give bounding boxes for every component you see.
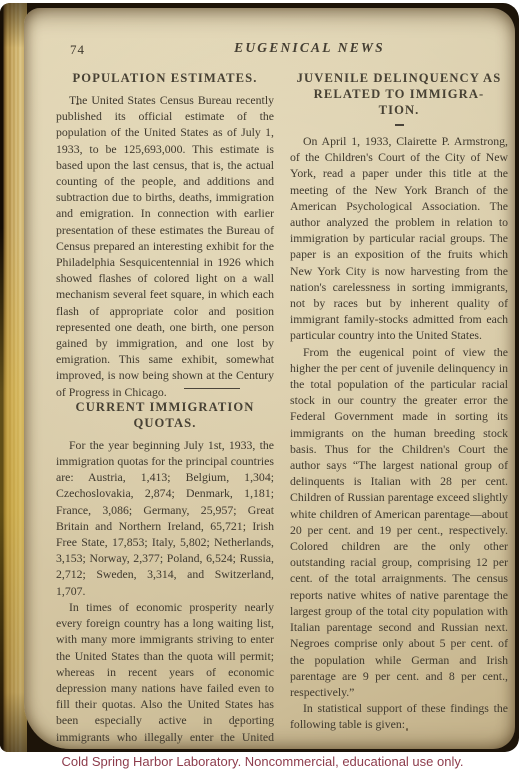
section-divider-dash [395, 124, 404, 126]
article-title-population-estimates: POPULATION ESTIMATES. [56, 70, 274, 86]
right-column: JUVENILE DELINQUENCY AS RELATED TO IMMIG… [290, 70, 508, 749]
page-content: 74 EUGENICAL NEWS POPULATION ESTIMATES. … [24, 8, 515, 749]
delinquency-paragraph-1: On April 1, 1933, Clairette P. Armstrong… [290, 133, 508, 344]
article-title-current-immigration-quotas: CURRENT IMMIGRATION QUOTAS. [56, 399, 274, 431]
quotas-paragraph-2: In times of economic prosperity nearly e… [56, 599, 274, 749]
journal-title: EUGENICAL NEWS [104, 40, 515, 56]
delinquency-paragraph-3: In statistical support of these findings… [290, 700, 508, 732]
running-head: 74 EUGENICAL NEWS [24, 40, 515, 60]
stacked-page-edges [0, 3, 27, 752]
page-number: 74 [70, 42, 85, 58]
archive-caption: Cold Spring Harbor Laboratory. Noncommer… [62, 754, 464, 769]
delinquency-paragraph-2: From the eugenical point of view the hig… [290, 344, 508, 700]
section-divider-rule [184, 388, 240, 389]
two-column-layout: POPULATION ESTIMATES. The United States … [24, 60, 515, 749]
left-column: POPULATION ESTIMATES. The United States … [56, 70, 274, 749]
quotas-paragraph-1: For the year beginning July 1st, 1933, t… [56, 437, 274, 599]
archive-caption-strip: Cold Spring Harbor Laboratory. Noncommer… [0, 752, 525, 773]
book-photo-frame: 74 EUGENICAL NEWS POPULATION ESTIMATES. … [0, 3, 519, 752]
population-estimates-paragraph: The United States Census Bureau recently… [56, 92, 274, 400]
article-title-juvenile-delinquency: JUVENILE DELINQUENCY AS RELATED TO IMMIG… [290, 70, 508, 118]
scanned-page: 74 EUGENICAL NEWS POPULATION ESTIMATES. … [24, 8, 515, 749]
